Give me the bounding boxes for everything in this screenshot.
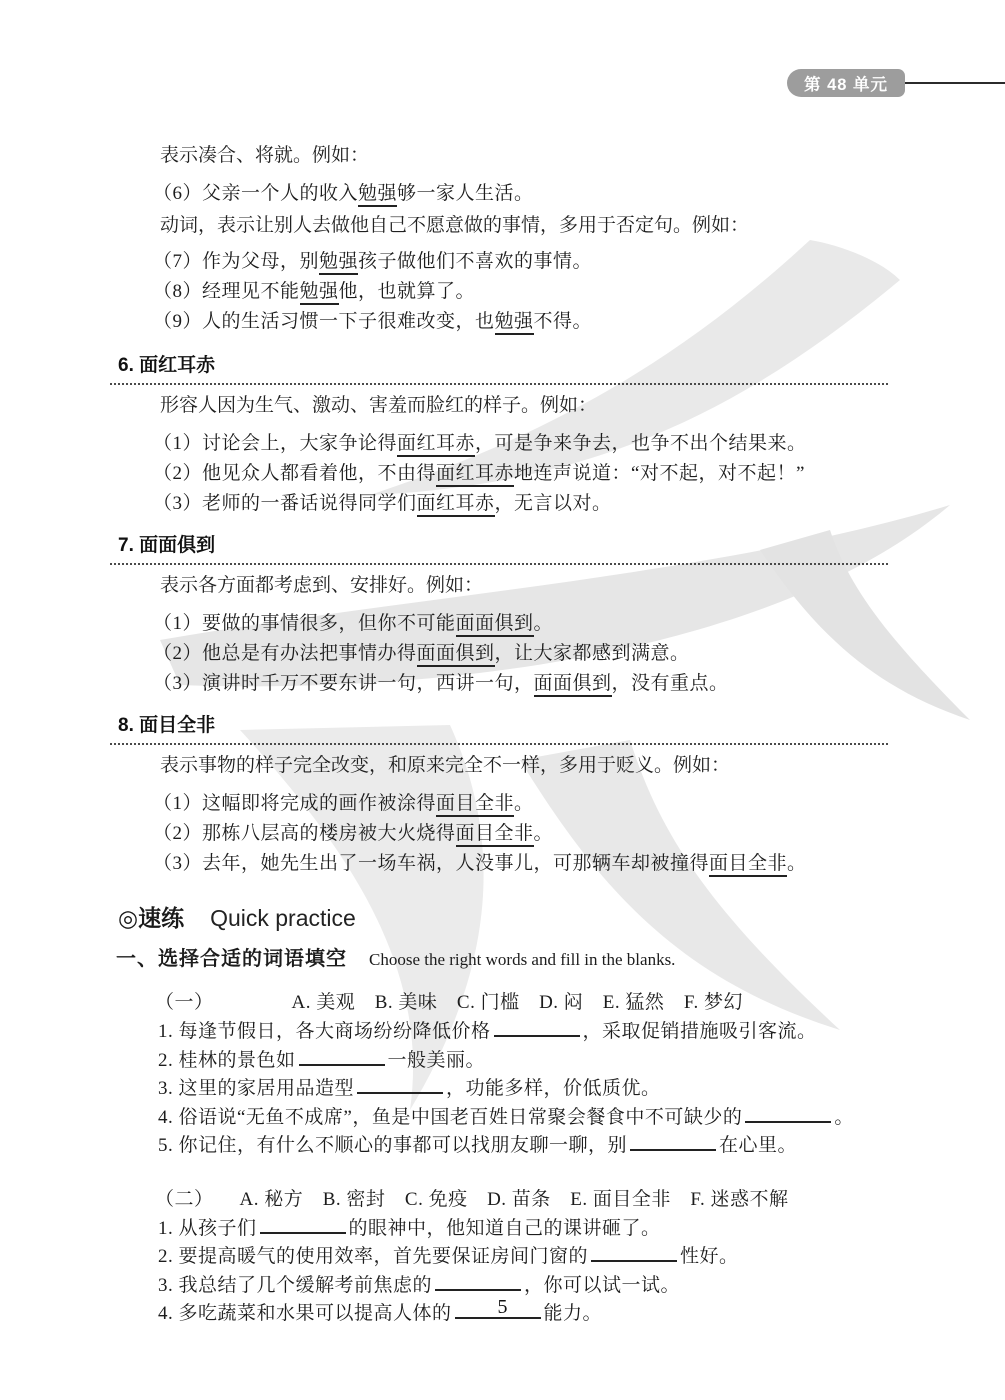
word-bank: （二）A. 秘方 B. 密封 C. 免疫 D. 苗条 E. 面目全非 F. 迷惑… (155, 1185, 890, 1215)
section-divider (110, 563, 888, 565)
example-sentence: （6）父亲一个人的收入勉强够一家人生活。 (153, 179, 890, 209)
example-text: ，可是争来争去，也争不出个结果来。 (475, 433, 807, 454)
example-number: （2） (153, 823, 202, 844)
fill-blank-item: 2. 桂林的景色如一般美丽。 (158, 1047, 890, 1076)
answer-blank (630, 1137, 716, 1151)
example-text: 人的生活习惯一下子很难改变，也 (202, 311, 495, 332)
item-text: 的眼神中，他知道自己的课讲砸了。 (349, 1218, 661, 1239)
underlined-idiom: 勉强 (495, 311, 534, 335)
item-text: 一般美丽。 (388, 1050, 486, 1071)
underlined-idiom: 勉强 (319, 251, 358, 275)
example-text: ，无言以对。 (495, 493, 612, 514)
example-number: （9） (153, 311, 202, 332)
example-sentence: （2）他总是有办法把事情办得面面俱到，让大家都感到满意。 (153, 639, 890, 669)
example-sentence: （1）这幅即将完成的画作被涂得面目全非。 (153, 789, 890, 819)
example-text: 地连声说道：“对不起，对不起！” (514, 463, 805, 484)
item-text: ，采取促销措施吸引客流。 (583, 1021, 817, 1042)
item-number: 5. (158, 1135, 179, 1156)
example-sentence: （8）经理见不能勉强他，也就算了。 (153, 277, 890, 307)
word-bank-options: A. 秘方 B. 密封 C. 免疫 D. 苗条 E. 面目全非 F. 迷惑不解 (240, 1189, 789, 1210)
answer-blank (357, 1080, 443, 1094)
section-heading: 8. 面目全非 (118, 713, 890, 739)
item-number: 2. (158, 1246, 179, 1267)
item-number: 1. (158, 1218, 179, 1239)
example-number: （2） (153, 643, 202, 664)
example-sentence: （1）要做的事情很多，但你不可能面面俱到。 (153, 609, 890, 639)
item-text: 桂林的景色如 (179, 1050, 296, 1071)
item-number: 3. (158, 1078, 179, 1099)
example-text: 他总是有办法把事情办得 (202, 643, 417, 664)
item-text: 多吃蔬菜和水果可以提高人体的 (179, 1303, 452, 1324)
underlined-idiom: 面面俱到 (534, 673, 612, 697)
fill-blank-item: 1. 从孩子们的眼神中，他知道自己的课讲砸了。 (158, 1215, 890, 1244)
answer-blank (260, 1220, 346, 1234)
definition-text: 表示各方面都考虑到、安排好。例如： (160, 571, 890, 601)
example-text: 够一家人生活。 (397, 183, 534, 204)
word-bank-options: A. 美观 B. 美味 C. 门槛 D. 闷 E. 猛然 F. 梦幻 (292, 992, 743, 1013)
example-text: 讨论会上，大家争论得 (202, 433, 397, 454)
double-circle-icon: ◎ (118, 905, 138, 931)
item-number: 4. (158, 1107, 179, 1128)
example-number: （1） (153, 433, 202, 454)
item-text: 在心里。 (719, 1135, 797, 1156)
definition-text: 形容人因为生气、激动、害羞而脸红的样子。例如： (160, 391, 890, 421)
practice-title-en: Quick practice (210, 905, 356, 931)
example-number: （3） (153, 853, 202, 874)
underlined-idiom: 面目全非 (436, 793, 514, 817)
example-text: 。 (534, 823, 554, 844)
example-sentence: （3）老师的一番话说得同学们面红耳赤，无言以对。 (153, 489, 890, 519)
item-text: 从孩子们 (179, 1218, 257, 1239)
example-number: （8） (153, 281, 202, 302)
underlined-idiom: 面面俱到 (417, 643, 495, 667)
answer-blank (455, 1305, 541, 1319)
example-text: 老师的一番话说得同学们 (202, 493, 417, 514)
example-text: 父亲一个人的收入 (202, 183, 358, 204)
section-heading: 7. 面面俱到 (118, 533, 890, 559)
instruction-zh: 一、选择合适的词语填空 (116, 948, 347, 970)
underlined-idiom: 面目全非 (709, 853, 787, 877)
item-number: 1. (158, 1021, 179, 1042)
example-text: 。 (514, 793, 534, 814)
fill-blank-item: 4. 俗语说“无鱼不成席”，鱼是中国老百姓日常聚会餐食中不可缺少的。 (158, 1104, 890, 1133)
page-content: 表示凑合、将就。例如： （6）父亲一个人的收入勉强够一家人生活。 动词，表示让别… (110, 141, 890, 1329)
section-heading: 6. 面红耳赤 (118, 353, 890, 379)
exercise-instruction: 一、选择合适的词语填空Choose the right words and fi… (116, 943, 890, 976)
group-label: （二） (155, 1189, 214, 1210)
item-text: 这里的家居用品造型 (179, 1078, 355, 1099)
example-number: （6） (153, 183, 202, 204)
section-divider (110, 743, 888, 745)
example-sentence: （3）演讲时千万不要东讲一句，西讲一句，面面俱到，没有重点。 (153, 669, 890, 699)
example-text: 作为父母，别 (202, 251, 319, 272)
example-number: （3） (153, 493, 202, 514)
underlined-idiom: 面红耳赤 (397, 433, 475, 457)
answer-blank (435, 1277, 521, 1291)
example-text: ，让大家都感到满意。 (495, 643, 690, 664)
underlined-idiom: 勉强 (358, 183, 397, 207)
header-rule (905, 82, 1005, 84)
underlined-idiom: 面目全非 (456, 823, 534, 847)
example-text: 那栋八层高的楼房被大火烧得 (202, 823, 456, 844)
textbook-page: 第 48 单元 表示凑合、将就。例如： （6）父亲一个人的收入勉强够一家人生活。… (0, 0, 1005, 1400)
example-text: 要做的事情很多，但你不可能 (202, 613, 456, 634)
example-sentence: （9）人的生活习惯一下子很难改变，也勉强不得。 (153, 307, 890, 337)
example-text: 经理见不能 (202, 281, 300, 302)
group-label: （一） (155, 992, 214, 1013)
unit-badge: 第 48 单元 (787, 69, 905, 97)
fill-blank-item: 5. 你记住，有什么不顺心的事都可以找朋友聊一聊，别在心里。 (158, 1132, 890, 1161)
example-text: 。 (534, 613, 554, 634)
fill-blank-item: 1. 每逢节假日，各大商场纷纷降低价格，采取促销措施吸引客流。 (158, 1018, 890, 1047)
example-text: 他见众人都看着他，不由得 (202, 463, 436, 484)
example-text: 他，也就算了。 (339, 281, 476, 302)
example-text: ，没有重点。 (612, 673, 729, 694)
fill-blank-item: 3. 我总结了几个缓解考前焦虑的，你可以试一试。 (158, 1272, 890, 1301)
unit-badge-label: 第 48 单元 (804, 71, 888, 95)
word-bank: （一）A. 美观 B. 美味 C. 门槛 D. 闷 E. 猛然 F. 梦幻 (155, 988, 890, 1018)
item-number: 2. (158, 1050, 179, 1071)
fill-blank-item: 3. 这里的家居用品造型，功能多样，价低质优。 (158, 1075, 890, 1104)
example-text: 这幅即将完成的画作被涂得 (202, 793, 436, 814)
example-number: （2） (153, 463, 202, 484)
item-number: 3. (158, 1275, 179, 1296)
example-text: 不得。 (534, 311, 593, 332)
item-text: 。 (834, 1107, 854, 1128)
practice-title-zh: 速练 (138, 905, 184, 931)
definition-text: 表示事物的样子完全改变，和原来完全不一样，多用于贬义。例如： (160, 751, 890, 781)
underlined-idiom: 面面俱到 (456, 613, 534, 637)
example-sentence: （3）去年，她先生出了一场车祸，人没事儿，可那辆车却被撞得面目全非。 (153, 849, 890, 879)
fill-blank-item: 2. 要提高暖气的使用效率，首先要保证房间门窗的性好。 (158, 1243, 890, 1272)
fill-blank-item: 4. 多吃蔬菜和水果可以提高人体的能力。 (158, 1300, 890, 1329)
example-sentence: （1）讨论会上，大家争论得面红耳赤，可是争来争去，也争不出个结果来。 (153, 429, 890, 459)
instruction-en: Choose the right words and fill in the b… (369, 950, 675, 969)
example-text: 。 (787, 853, 807, 874)
underlined-idiom: 面红耳赤 (436, 463, 514, 487)
item-text: 我总结了几个缓解考前焦虑的 (179, 1275, 433, 1296)
example-number: （1） (153, 793, 202, 814)
example-text: 去年，她先生出了一场车祸，人没事儿，可那辆车却被撞得 (202, 853, 709, 874)
item-text: 俗语说“无鱼不成席”，鱼是中国老百姓日常聚会餐食中不可缺少的 (179, 1107, 743, 1128)
section-divider (110, 383, 888, 385)
quick-practice-heading: ◎速练Quick practice (118, 901, 890, 935)
item-number: 4. (158, 1303, 179, 1324)
answer-blank (299, 1052, 385, 1066)
answer-blank (494, 1023, 580, 1037)
answer-blank (591, 1248, 677, 1262)
item-text: 每逢节假日，各大商场纷纷降低价格 (179, 1021, 491, 1042)
example-number: （3） (153, 673, 202, 694)
item-text: 能力。 (544, 1303, 603, 1324)
example-text: 演讲时千万不要东讲一句，西讲一句， (202, 673, 534, 694)
answer-blank (745, 1109, 831, 1123)
item-text: 你记住，有什么不顺心的事都可以找朋友聊一聊，别 (179, 1135, 628, 1156)
example-number: （7） (153, 251, 202, 272)
item-text: 要提高暖气的使用效率，首先要保证房间门窗的 (179, 1246, 589, 1267)
example-number: （1） (153, 613, 202, 634)
definition-text: 表示凑合、将就。例如： (160, 141, 890, 171)
definition-text: 动词，表示让别人去做他自己不愿意做的事情，多用于否定句。例如： (160, 211, 890, 241)
example-sentence: （7）作为父母，别勉强孩子做他们不喜欢的事情。 (153, 247, 890, 277)
item-text: ，功能多样，价低质优。 (446, 1078, 661, 1099)
example-sentence: （2）那栋八层高的楼房被大火烧得面目全非。 (153, 819, 890, 849)
example-text: 孩子做他们不喜欢的事情。 (358, 251, 592, 272)
item-text: ，你可以试一试。 (524, 1275, 680, 1296)
underlined-idiom: 面红耳赤 (417, 493, 495, 517)
item-text: 性好。 (680, 1246, 739, 1267)
underlined-idiom: 勉强 (300, 281, 339, 305)
example-sentence: （2）他见众人都看着他，不由得面红耳赤地连声说道：“对不起，对不起！” (153, 459, 890, 489)
